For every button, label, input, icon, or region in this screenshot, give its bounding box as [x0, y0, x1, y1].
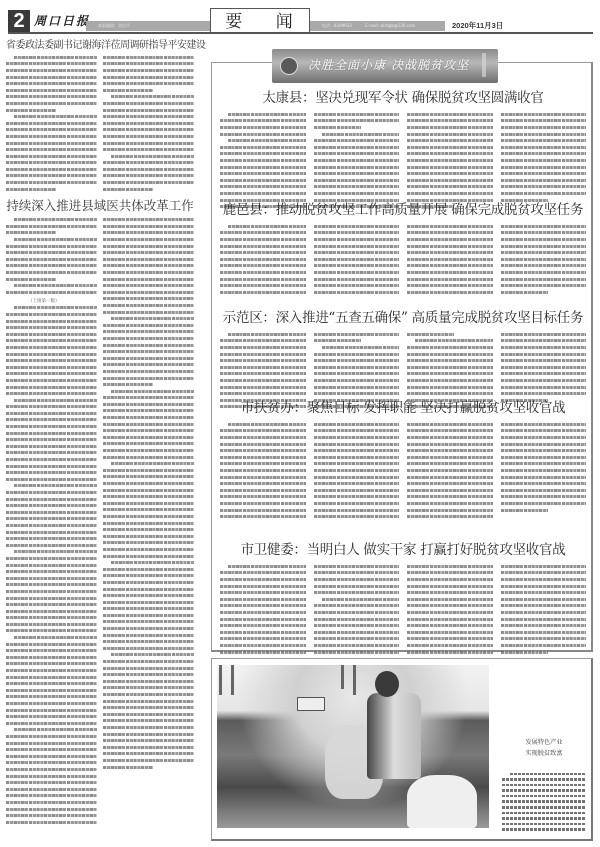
photo-feature: 发展特色产业 实现脱贫致富	[211, 658, 593, 841]
left-column: 省委政法委副书记谢海洋莅周调研指导平安建设 持续深入推进县域医共体改革工作 （上…	[6, 38, 194, 830]
story-headline[interactable]: 示范区：深入推进“五查五确保” 高质量完成脱贫攻坚目标任务	[220, 307, 586, 329]
story-headline[interactable]: 市卫健委：当明白人 做实干家 打赢打好脱贫攻坚收官战	[220, 539, 586, 561]
story-headline[interactable]: 市扶贫办：聚焦目标 发挥职能 坚决打赢脱贫攻坚收官战	[220, 397, 586, 419]
photo-caption-body	[502, 771, 586, 833]
page-number: 2	[8, 10, 30, 32]
weighing-scale	[297, 697, 325, 711]
story-body	[220, 223, 586, 296]
farmer-head	[375, 671, 399, 697]
vegetable-bag	[407, 775, 477, 828]
caption-title-line: 实现脱贫致富	[502, 748, 586, 759]
story-luyi: 鹿邑县：推动脱贫攻坚工作高质量开展 确保完成脱贫攻坚任务	[220, 199, 586, 296]
poverty-alleviation-section: 决胜全面小康 决战脱贫攻坚 太康县：坚决兑现军令状 确保脱贫攻坚圆满收官 鹿邑县…	[211, 62, 593, 652]
article-headline[interactable]: 持续深入推进县域医共体改革工作	[6, 196, 194, 216]
caption-title-line: 发展特色产业	[502, 737, 586, 748]
contact-email: E-mail: zkrbgb@126.com	[365, 23, 415, 28]
story-taikang: 太康县：坚决兑现军令状 确保脱贫攻坚圆满收官	[220, 87, 586, 210]
section-banner: 决胜全面小康 决战脱贫攻坚	[272, 49, 498, 83]
masthead: 2 周口日报 本版编辑：刘启平 要 闻 电话：8399933 E-mail: z…	[0, 0, 600, 34]
contact-phone: 电话：8399933	[322, 23, 352, 28]
story-headline[interactable]: 太康县：坚决兑现军令状 确保脱贫攻坚圆满收官	[220, 87, 586, 109]
story-headline[interactable]: 鹿邑县：推动脱贫攻坚工作高质量开展 确保完成脱贫攻坚任务	[220, 199, 586, 221]
story-poverty-office: 市扶贫办：聚焦目标 发挥职能 坚决打赢脱贫攻坚收官战	[220, 397, 586, 520]
story-body	[220, 421, 586, 520]
tree-decoration	[341, 665, 344, 689]
tree-decoration	[231, 665, 234, 695]
article-political-security: 省委政法委副书记谢海洋莅周调研指导平安建设	[6, 38, 194, 192]
editor-info: 本版编辑：刘启平	[98, 23, 130, 28]
article-medical-reform: 持续深入推进县域医共体改革工作 （上接第一版）	[6, 196, 194, 825]
paper-name-logo: 周口日报	[34, 12, 90, 30]
article-body	[6, 54, 194, 192]
section-title: 要 闻	[210, 8, 310, 34]
tree-decoration	[353, 665, 356, 695]
story-body	[220, 111, 586, 210]
article-headline[interactable]: 省委政法委副书记谢海洋莅周调研指导平安建设	[6, 38, 194, 54]
tree-decoration	[219, 665, 222, 695]
contact-bar: 电话：8399933 E-mail: zkrbgb@126.com	[310, 21, 445, 31]
story-health-commission: 市卫健委：当明白人 做实干家 打赢打好脱贫攻坚收官战	[220, 539, 586, 655]
article-body: （上接第一版）	[6, 216, 194, 825]
tower-icon	[482, 53, 486, 77]
story-demonstration-zone: 示范区：深入推进“五查五确保” 高质量完成脱贫攻坚目标任务	[220, 307, 586, 410]
farmer-vegetable-photo[interactable]	[217, 665, 489, 828]
editor-info-bar: 本版编辑：刘启平	[86, 21, 210, 31]
party-emblem-icon	[280, 57, 298, 75]
continued-note: （上接第一版）	[28, 298, 97, 304]
story-body	[220, 563, 586, 655]
banner-slogan: 决胜全面小康 决战脱贫攻坚	[308, 55, 469, 75]
issue-date: 2020年11月3日	[452, 20, 503, 32]
masthead-divider	[8, 32, 593, 34]
farmer-figure	[367, 693, 421, 779]
photo-caption-title: 发展特色产业 实现脱贫致富	[502, 737, 586, 759]
